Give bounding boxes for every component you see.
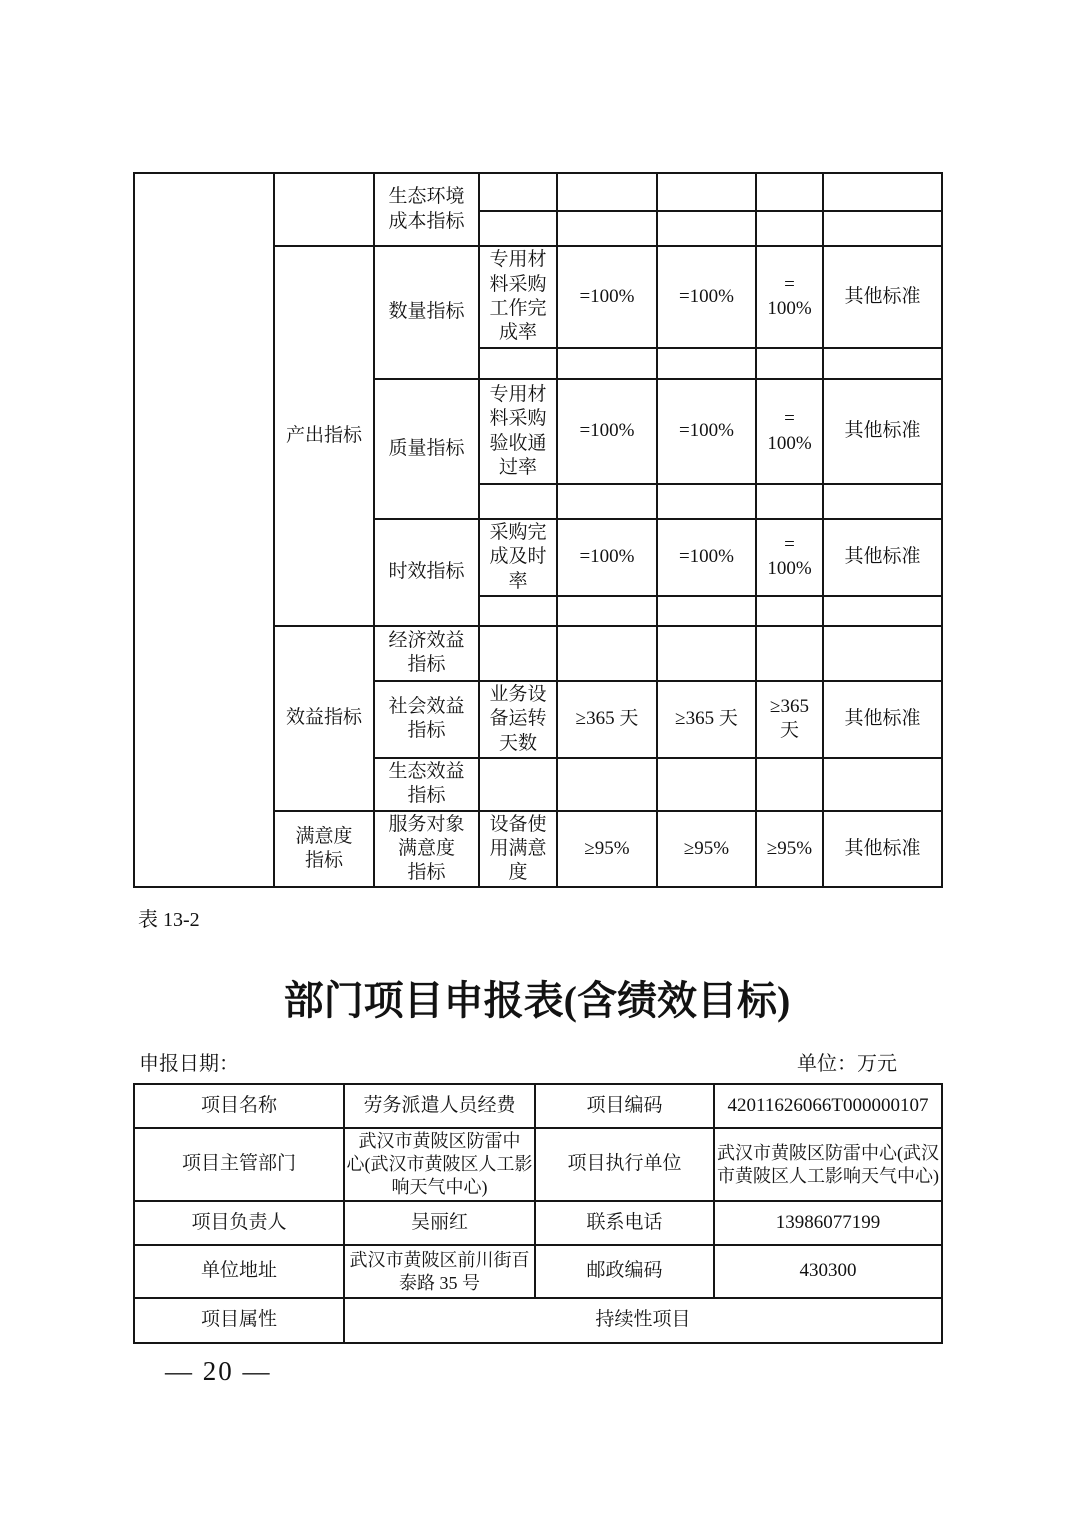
page-number: — 20 — [165,1356,272,1387]
cell-label-project-code: 项目编码 [535,1084,714,1128]
cell-left-group-empty [134,173,274,887]
cell-standard: 其他标准 [823,811,942,888]
cell-empty [479,211,557,246]
cell-empty [756,596,823,626]
cell-label-project-leader: 项目负责人 [134,1201,344,1245]
cell-value-year3: ≥95% [756,811,823,888]
cell-empty [756,626,823,681]
cell-empty [657,758,756,811]
cell-empty [756,211,823,246]
cell-empty [657,348,756,379]
cell-empty [557,596,657,626]
cell-value-year2: =100% [657,379,756,484]
cell-indicator-ecological: 生态效益 指标 [374,758,479,811]
cell-standard: 其他标准 [823,681,942,758]
cell-empty [479,348,557,379]
cell-group-satisfaction: 满意度 指标 [274,811,374,888]
cell-value-address: 武汉市黄陂区前川街百 泰路 35 号 [344,1245,535,1298]
cell-value-year2: ≥95% [657,811,756,888]
cell-label-postal-code: 邮政编码 [535,1245,714,1298]
date-unit-line: 申报日期： 单位：万元 [133,1047,941,1076]
cell-value-year2: =100% [657,519,756,596]
cell-label-project-attribute: 项目属性 [134,1298,344,1343]
cell-value-year3: = 100% [756,519,823,596]
cell-metric-name: 业务设 备运转 天数 [479,681,557,758]
cell-label-executing-unit: 项目执行单位 [535,1128,714,1201]
cell-metric-name: 设备使 用满意 度 [479,811,557,888]
cell-value-year2: ≥365 天 [657,681,756,758]
cell-empty [756,484,823,519]
date-label: 申报日期： [133,1047,239,1076]
performance-indicator-table: 生态环境 成本指标 产出指标 数量指标 专用材 料采购 工作完 成率 =100%… [133,172,943,888]
cell-indicator-quantity: 数量指标 [374,246,479,379]
cell-value-year3: = 100% [756,379,823,484]
cell-empty [756,758,823,811]
page-title: 部门项目申报表(含绩效目标) [0,969,1074,1026]
cell-empty [657,596,756,626]
cell-empty [557,484,657,519]
cell-label-address: 单位地址 [134,1245,344,1298]
cell-value-phone: 13986077199 [714,1201,942,1245]
cell-indicator-social: 社会效益 指标 [374,681,479,758]
cell-value-project-code: 42011626066T000000107 [714,1084,942,1128]
cell-empty [823,211,942,246]
cell-value-project-leader: 吴丽红 [344,1201,535,1245]
cell-empty [823,173,942,211]
cell-metric-name: 专用材 料采购 工作完 成率 [479,246,557,348]
cell-group-empty [274,173,374,246]
cell-standard: 其他标准 [823,379,942,484]
cell-empty [657,626,756,681]
cell-indicator-eco-env-cost: 生态环境 成本指标 [374,173,479,246]
cell-value-year1: ≥365 天 [557,681,657,758]
cell-indicator-timeliness: 时效指标 [374,519,479,626]
cell-empty [557,758,657,811]
cell-value-year1: ≥95% [557,811,657,888]
cell-empty [823,484,942,519]
cell-value-postal-code: 430300 [714,1245,942,1298]
cell-empty [557,626,657,681]
cell-empty [479,173,557,211]
cell-empty [756,348,823,379]
cell-empty [823,596,942,626]
cell-value-year1: =100% [557,519,657,596]
cell-empty [479,596,557,626]
table-caption: 表 13-2 [138,903,200,932]
cell-empty [823,758,942,811]
cell-empty [657,211,756,246]
cell-value-executing-unit: 武汉市黄陂区防雷中心(武汉 市黄陂区人工影响天气中心) [714,1128,942,1201]
cell-value-year2: =100% [657,246,756,348]
cell-empty [657,484,756,519]
cell-standard: 其他标准 [823,246,942,348]
cell-empty [557,348,657,379]
cell-value-year1: =100% [557,379,657,484]
cell-label-project-name: 项目名称 [134,1084,344,1128]
cell-indicator-service: 服务对象 满意度 指标 [374,811,479,888]
cell-empty [557,173,657,211]
cell-empty [657,173,756,211]
cell-metric-name: 采购完 成及时 率 [479,519,557,596]
cell-label-supervisor-dept: 项目主管部门 [134,1128,344,1201]
cell-empty [823,348,942,379]
cell-empty [479,484,557,519]
cell-group-benefit: 效益指标 [274,626,374,811]
cell-empty [557,211,657,246]
project-application-table: 项目名称 劳务派遣人员经费 项目编码 42011626066T000000107… [133,1083,943,1344]
cell-label-phone: 联系电话 [535,1201,714,1245]
cell-value-year1: =100% [557,246,657,348]
cell-group-output: 产出指标 [274,246,374,626]
cell-value-project-name: 劳务派遣人员经费 [344,1084,535,1128]
cell-standard: 其他标准 [823,519,942,596]
cell-empty [479,758,557,811]
cell-indicator-quality: 质量指标 [374,379,479,519]
cell-value-year3: = 100% [756,246,823,348]
cell-indicator-economic: 经济效益 指标 [374,626,479,681]
document-page: 生态环境 成本指标 产出指标 数量指标 专用材 料采购 工作完 成率 =100%… [0,0,1074,1520]
unit-label: 单位：万元 [797,1047,897,1076]
cell-value-project-attribute: 持续性项目 [344,1298,942,1343]
cell-value-year3: ≥365 天 [756,681,823,758]
cell-empty [756,173,823,211]
cell-empty [823,626,942,681]
cell-metric-name: 专用材 料采购 验收通 过率 [479,379,557,484]
cell-empty [479,626,557,681]
cell-value-supervisor-dept: 武汉市黄陂区防雷中 心(武汉市黄陂区人工影 响天气中心) [344,1128,535,1201]
